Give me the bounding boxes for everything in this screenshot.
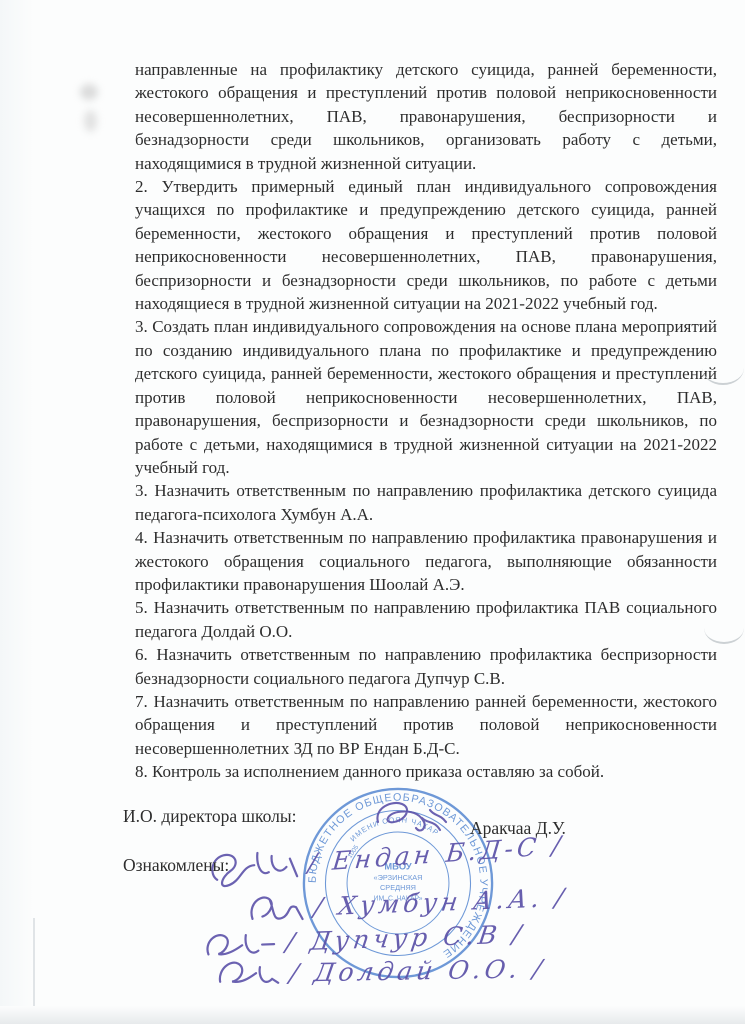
paragraph: направленные на профилактику детского су… <box>135 58 717 175</box>
acknowledged-label: Ознакомлены: <box>123 855 229 876</box>
acting-director-label: И.О. директора школы: <box>123 806 296 827</box>
scan-fold-line <box>33 918 35 1014</box>
paragraph: 8. Контроль за исполнением данного прика… <box>135 760 717 783</box>
paragraph: 2. Утвердить примерный единый план индив… <box>135 175 717 315</box>
paragraph: 3. Назначить ответственным по направлени… <box>135 479 717 526</box>
scan-smudge <box>84 110 97 132</box>
paragraph: 7. Назначить ответственным по направлени… <box>135 690 717 760</box>
acting-director-name: Аракчаа Д.У. <box>470 818 566 839</box>
paragraph: 4. Назначить ответственным по направлени… <box>135 526 717 596</box>
scanned-document-page: направленные на профилактику детского су… <box>0 0 745 1024</box>
acknowledgement-row: / Долдай О.О. / <box>214 948 546 994</box>
scan-bottom-edge <box>0 1006 745 1024</box>
paragraph: 6. Назначить ответственным по направлени… <box>135 643 717 690</box>
scan-left-edge-shading <box>0 0 34 1024</box>
paragraph: 3. Создать план индивидуального сопровож… <box>135 315 717 479</box>
acknowledgement-name: / Долдай О.О. / <box>288 954 548 988</box>
scan-smudge <box>80 84 98 100</box>
order-body-text: направленные на профилактику детского су… <box>135 58 717 784</box>
signature-scribble <box>214 953 285 994</box>
paragraph: 5. Назначить ответственным по направлени… <box>135 596 717 643</box>
